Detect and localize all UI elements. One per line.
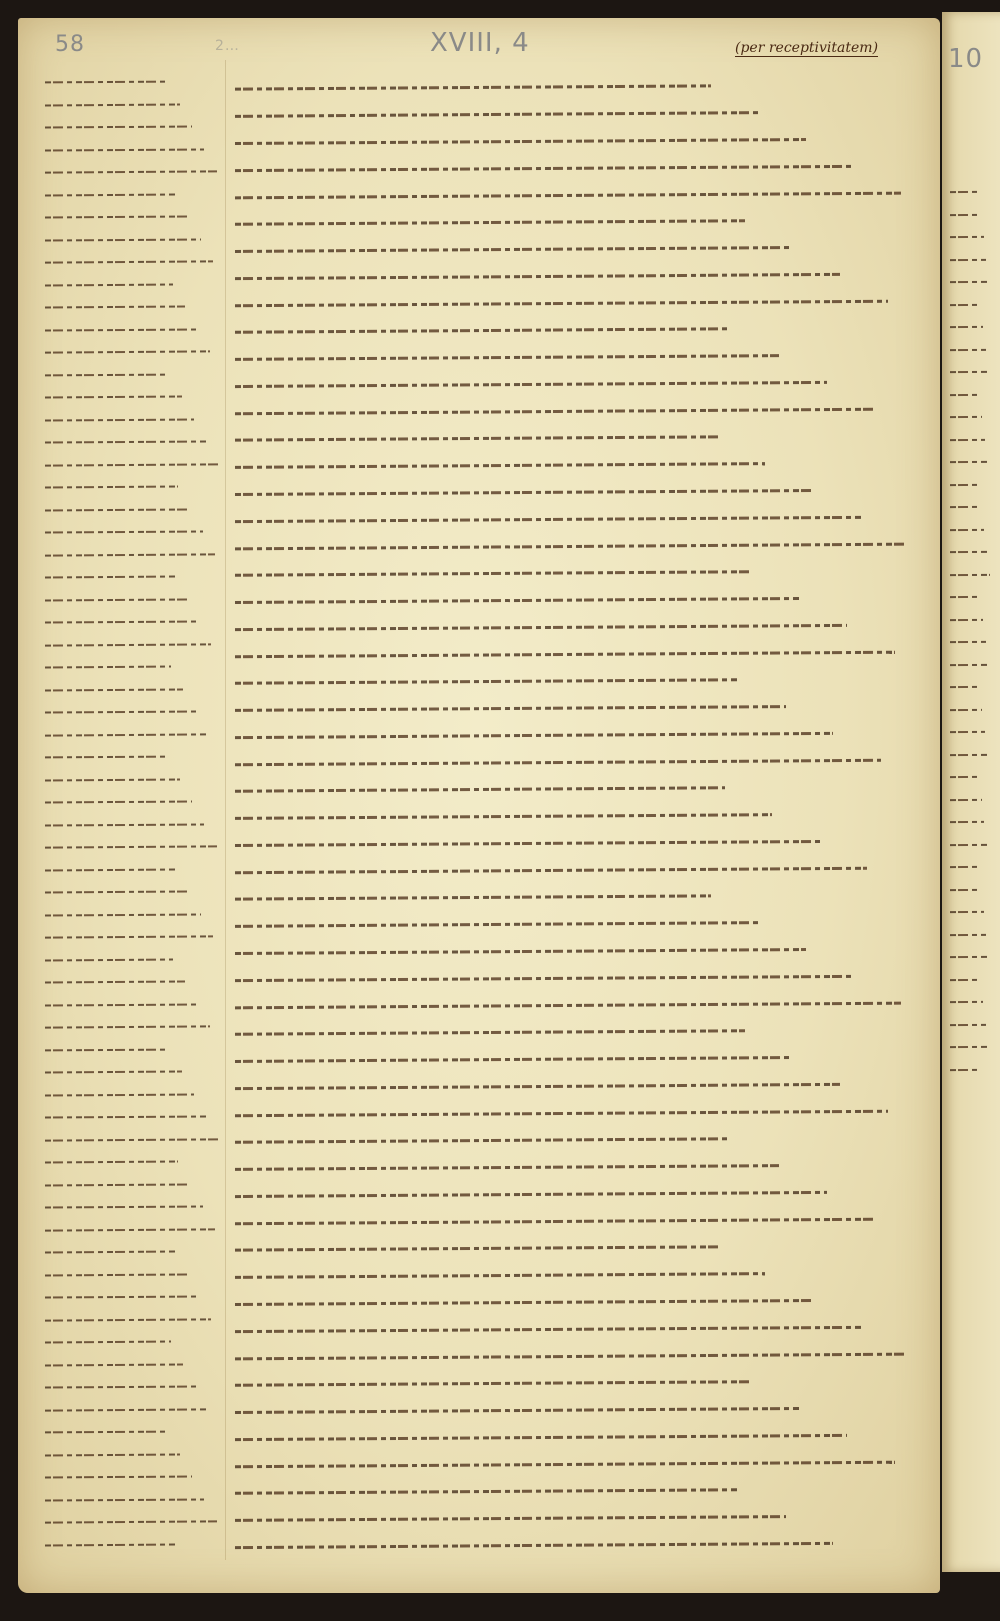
handwritten-line: [illegible handwriting] <box>45 790 192 813</box>
handwritten-line: [illegible handwriting] <box>235 1530 833 1557</box>
handwritten-line: [illegible handwriting] <box>45 228 201 251</box>
handwritten-line: [illegible handwriting] <box>45 1218 215 1241</box>
handwritten-line: [illegible handwriting] <box>950 945 999 968</box>
handwritten-line: [illegible handwriting] <box>235 1098 888 1125</box>
handwritten-line: [illegible handwriting] <box>45 453 218 476</box>
handwritten-line: [illegible handwriting] <box>950 833 997 856</box>
handwritten-line: [illegible handwriting] <box>45 1195 203 1218</box>
adjacent-leaf-column: [illegible handwriting][illegible handwr… <box>950 180 1000 1080</box>
handwritten-line: [illegible handwriting] <box>45 183 176 206</box>
handwritten-line: [illegible handwriting] <box>235 612 847 639</box>
handwritten-line: [illegible handwriting] <box>235 1206 874 1233</box>
handwritten-line: [illegible handwriting] <box>45 250 213 273</box>
handwritten-line: [illegible handwriting] <box>950 630 995 653</box>
handwritten-line: [illegible handwriting] <box>950 180 985 203</box>
handwritten-line: [illegible handwriting] <box>45 70 168 93</box>
handwritten-line: [illegible handwriting] <box>45 1128 218 1151</box>
handwritten-line: [illegible handwriting] <box>235 1179 827 1206</box>
handwritten-line: [illegible handwriting] <box>45 273 173 296</box>
handwritten-line: [illegible handwriting] <box>235 1314 861 1341</box>
handwritten-line: [illegible handwriting] <box>235 1449 895 1476</box>
handwritten-line: [illegible handwriting] <box>45 1443 180 1466</box>
handwritten-line: [illegible handwriting] <box>45 1308 211 1331</box>
handwritten-line: [illegible handwriting] <box>950 968 988 991</box>
handwritten-line: [illegible handwriting] <box>45 1533 176 1556</box>
handwritten-line: [illegible handwriting] <box>235 207 745 234</box>
handwritten-line: [illegible handwriting] <box>950 990 991 1013</box>
handwritten-line: [illegible handwriting] <box>950 1013 995 1036</box>
handwritten-line: [illegible handwriting] <box>235 1341 908 1368</box>
handwritten-line: [illegible handwriting] <box>235 1476 738 1503</box>
handwritten-line: [illegible handwriting] <box>45 948 173 971</box>
handwritten-line: [illegible handwriting] <box>235 531 908 558</box>
handwritten-line: [illegible handwriting] <box>950 878 989 901</box>
handwritten-line: [illegible handwriting] <box>45 610 199 633</box>
handwritten-line: [illegible handwriting] <box>45 678 183 701</box>
handwritten-line: [illegible handwriting] <box>235 423 718 450</box>
handwritten-line: [illegible handwriting] <box>950 248 996 271</box>
handwritten-line: [illegible handwriting] <box>45 520 203 543</box>
handwritten-line: [illegible handwriting] <box>950 518 993 541</box>
handwritten-line: [illegible handwriting] <box>45 408 194 431</box>
handwritten-line: [illegible handwriting] <box>45 1285 199 1308</box>
handwritten-line: [illegible handwriting] <box>45 588 187 611</box>
marginal-note: (per receptivitatem) <box>735 40 878 57</box>
handwritten-line: [illegible handwriting] <box>950 698 991 721</box>
handwritten-line: [illegible handwriting] <box>235 342 779 369</box>
handwritten-line: [illegible handwriting] <box>950 450 997 473</box>
handwritten-line: [illegible handwriting] <box>235 1152 779 1179</box>
handwritten-line: [illegible handwriting] <box>235 990 901 1017</box>
handwritten-line: [illegible handwriting] <box>950 855 985 878</box>
handwritten-line: [illegible handwriting] <box>235 1503 786 1530</box>
handwritten-line: [illegible handwriting] <box>45 115 192 138</box>
handwritten-line: [illegible handwriting] <box>235 693 786 720</box>
handwritten-line: [illegible handwriting] <box>235 882 711 909</box>
handwritten-line: [illegible handwriting] <box>235 1233 718 1260</box>
handwritten-line: [illegible handwriting] <box>45 700 196 723</box>
handwritten-line: [illegible handwriting] <box>235 747 881 774</box>
handwritten-line: [illegible handwriting] <box>950 495 989 518</box>
handwritten-line: [illegible handwriting] <box>45 745 168 768</box>
handwritten-line: [illegible handwriting] <box>45 880 189 903</box>
handwritten-line: [illegible handwriting] <box>235 234 793 261</box>
left-margin-column: [illegible handwriting][illegible handwr… <box>45 70 220 1555</box>
handwritten-line: [illegible handwriting] <box>235 99 759 126</box>
archive-signature: XVIII, 4 <box>430 28 530 58</box>
handwritten-line: [illegible handwriting] <box>45 363 169 386</box>
handwritten-line: [illegible handwriting] <box>45 1150 178 1173</box>
handwritten-line: [illegible handwriting] <box>235 126 806 153</box>
handwritten-line: [illegible handwriting] <box>45 498 190 521</box>
handwritten-line: [illegible handwriting] <box>45 813 204 836</box>
handwritten-line: [illegible handwriting] <box>950 923 996 946</box>
handwritten-line: [illegible handwriting] <box>45 1465 192 1488</box>
handwritten-line: [illegible handwriting] <box>235 1287 813 1314</box>
handwritten-line: [illegible handwriting] <box>235 450 765 477</box>
handwritten-line: [illegible handwriting] <box>45 318 197 341</box>
handwritten-line: [illegible handwriting] <box>235 477 813 504</box>
pencil-mark: 2… <box>215 38 240 54</box>
handwritten-line: [illegible handwriting] <box>235 72 711 99</box>
handwritten-line: [illegible handwriting] <box>950 585 988 608</box>
handwritten-line: [illegible handwriting] <box>235 828 820 855</box>
handwritten-line: [illegible handwriting] <box>45 543 215 566</box>
handwritten-line: [illegible handwriting] <box>235 1422 847 1449</box>
handwritten-line: [illegible handwriting] <box>45 903 201 926</box>
handwritten-line: [illegible handwriting] <box>950 293 988 316</box>
handwritten-line: [illegible handwriting] <box>235 288 888 315</box>
handwritten-line: [illegible handwriting] <box>45 1375 196 1398</box>
next-folio-number: 10 <box>948 44 983 74</box>
handwritten-line: [illegible handwriting] <box>45 858 176 881</box>
handwritten-line: [illegible handwriting] <box>45 93 180 116</box>
handwritten-line: [illegible handwriting] <box>950 428 994 451</box>
handwritten-line: [illegible handwriting] <box>45 1060 182 1083</box>
handwritten-line: [illegible handwriting] <box>45 430 206 453</box>
handwritten-line: [illegible handwriting] <box>45 1398 208 1421</box>
handwritten-line: [illegible handwriting] <box>45 925 213 948</box>
handwritten-line: [illegible handwriting] <box>45 1263 187 1286</box>
handwritten-line: [illegible handwriting] <box>45 993 197 1016</box>
handwritten-line: [illegible handwriting] <box>45 1015 210 1038</box>
handwritten-line: [illegible handwriting] <box>235 774 725 801</box>
handwritten-line: [illegible handwriting] <box>45 1510 217 1533</box>
handwritten-line: [illegible handwriting] <box>235 1125 731 1152</box>
handwritten-line: [illegible handwriting] <box>950 473 986 496</box>
handwritten-line: [illegible handwriting] <box>45 475 178 498</box>
handwritten-line: [illegible handwriting] <box>235 369 827 396</box>
handwritten-line: [illegible handwriting] <box>45 138 204 161</box>
handwritten-line: [illegible handwriting] <box>235 666 738 693</box>
handwritten-line: [illegible handwriting] <box>45 1488 204 1511</box>
handwritten-line: [illegible handwriting] <box>950 788 990 811</box>
handwritten-line: [illegible handwriting] <box>950 225 992 248</box>
handwritten-line: [illegible handwriting] <box>950 1058 987 1081</box>
handwritten-line: [illegible handwriting] <box>235 801 772 828</box>
handwritten-line: [illegible handwriting] <box>950 203 989 226</box>
handwritten-line: [illegible handwriting] <box>45 385 182 408</box>
handwritten-line: [illegible handwriting] <box>45 633 211 656</box>
handwritten-line: [illegible handwriting] <box>950 743 998 766</box>
handwritten-line: [illegible handwriting] <box>950 765 986 788</box>
handwritten-line: [illegible handwriting] <box>235 504 861 531</box>
handwritten-line: [illegible handwriting] <box>235 585 799 612</box>
handwritten-line: [illegible handwriting] <box>45 723 208 746</box>
handwritten-line: [illegible handwriting] <box>950 608 992 631</box>
column-divider <box>225 60 226 1560</box>
handwritten-line: [illegible handwriting] <box>950 1035 998 1058</box>
handwritten-line: [illegible handwriting] <box>45 1038 169 1061</box>
handwritten-line: [illegible handwriting] <box>45 1240 175 1263</box>
handwritten-line: [illegible handwriting] <box>45 340 210 363</box>
handwritten-line: [illegible handwriting] <box>45 1105 206 1128</box>
handwritten-line: [illegible handwriting] <box>235 315 731 342</box>
handwritten-line: [illegible handwriting] <box>950 360 998 383</box>
handwritten-line: [illegible handwriting] <box>235 1044 793 1071</box>
handwritten-line: [illegible handwriting] <box>950 720 994 743</box>
handwritten-line: [illegible handwriting] <box>950 405 990 428</box>
handwritten-line: [illegible handwriting] <box>950 563 1000 586</box>
handwritten-line: [illegible handwriting] <box>235 1260 765 1287</box>
handwritten-line: [illegible handwriting] <box>950 675 987 698</box>
handwritten-line: [illegible handwriting] <box>45 970 185 993</box>
handwritten-line: [illegible handwriting] <box>950 810 993 833</box>
handwritten-line: [illegible handwriting] <box>235 855 867 882</box>
handwritten-line: [illegible handwriting] <box>950 338 995 361</box>
handwritten-line: [illegible handwriting] <box>235 936 806 963</box>
handwritten-line: [illegible handwriting] <box>235 1395 799 1422</box>
handwritten-line: [illegible handwriting] <box>45 295 185 318</box>
handwritten-line: [illegible handwriting] <box>950 900 992 923</box>
handwritten-line: [illegible handwriting] <box>235 720 833 747</box>
handwritten-line: [illegible handwriting] <box>235 558 752 585</box>
handwritten-line: [illegible handwriting] <box>45 768 180 791</box>
handwritten-line: [illegible handwriting] <box>235 261 840 288</box>
handwritten-line: [illegible handwriting] <box>950 540 996 563</box>
handwritten-line: [illegible handwriting] <box>235 1071 840 1098</box>
handwritten-line: [illegible handwriting] <box>950 315 991 338</box>
handwritten-line: [illegible handwriting] <box>45 1353 183 1376</box>
handwritten-line: [illegible handwriting] <box>235 1368 752 1395</box>
handwritten-line: [illegible handwriting] <box>45 1420 168 1443</box>
handwritten-line: [illegible handwriting] <box>45 655 171 678</box>
handwritten-line: [illegible handwriting] <box>235 639 895 666</box>
folio-number: 58 <box>55 32 85 57</box>
handwritten-line: [illegible handwriting] <box>45 1330 171 1353</box>
handwritten-line: [illegible handwriting] <box>950 270 999 293</box>
handwritten-line: [illegible handwriting] <box>45 1173 190 1196</box>
handwritten-line: [illegible handwriting] <box>950 653 999 676</box>
handwritten-line: [illegible handwriting] <box>950 383 987 406</box>
handwritten-line: [illegible handwriting] <box>235 909 759 936</box>
handwritten-line: [illegible handwriting] <box>235 1017 745 1044</box>
handwritten-line: [illegible handwriting] <box>235 963 854 990</box>
handwritten-line: [illegible handwriting] <box>235 153 854 180</box>
handwritten-line: [illegible handwriting] <box>45 205 189 228</box>
handwritten-line: [illegible handwriting] <box>45 835 217 858</box>
handwritten-line: [illegible handwriting] <box>45 160 217 183</box>
handwritten-line: [illegible handwriting] <box>235 396 874 423</box>
handwritten-line: [illegible handwriting] <box>45 1083 194 1106</box>
handwritten-line: [illegible handwriting] <box>45 565 175 588</box>
handwritten-line: [illegible handwriting] <box>235 180 901 207</box>
main-text-column: [illegible handwriting][illegible handwr… <box>235 72 915 1557</box>
